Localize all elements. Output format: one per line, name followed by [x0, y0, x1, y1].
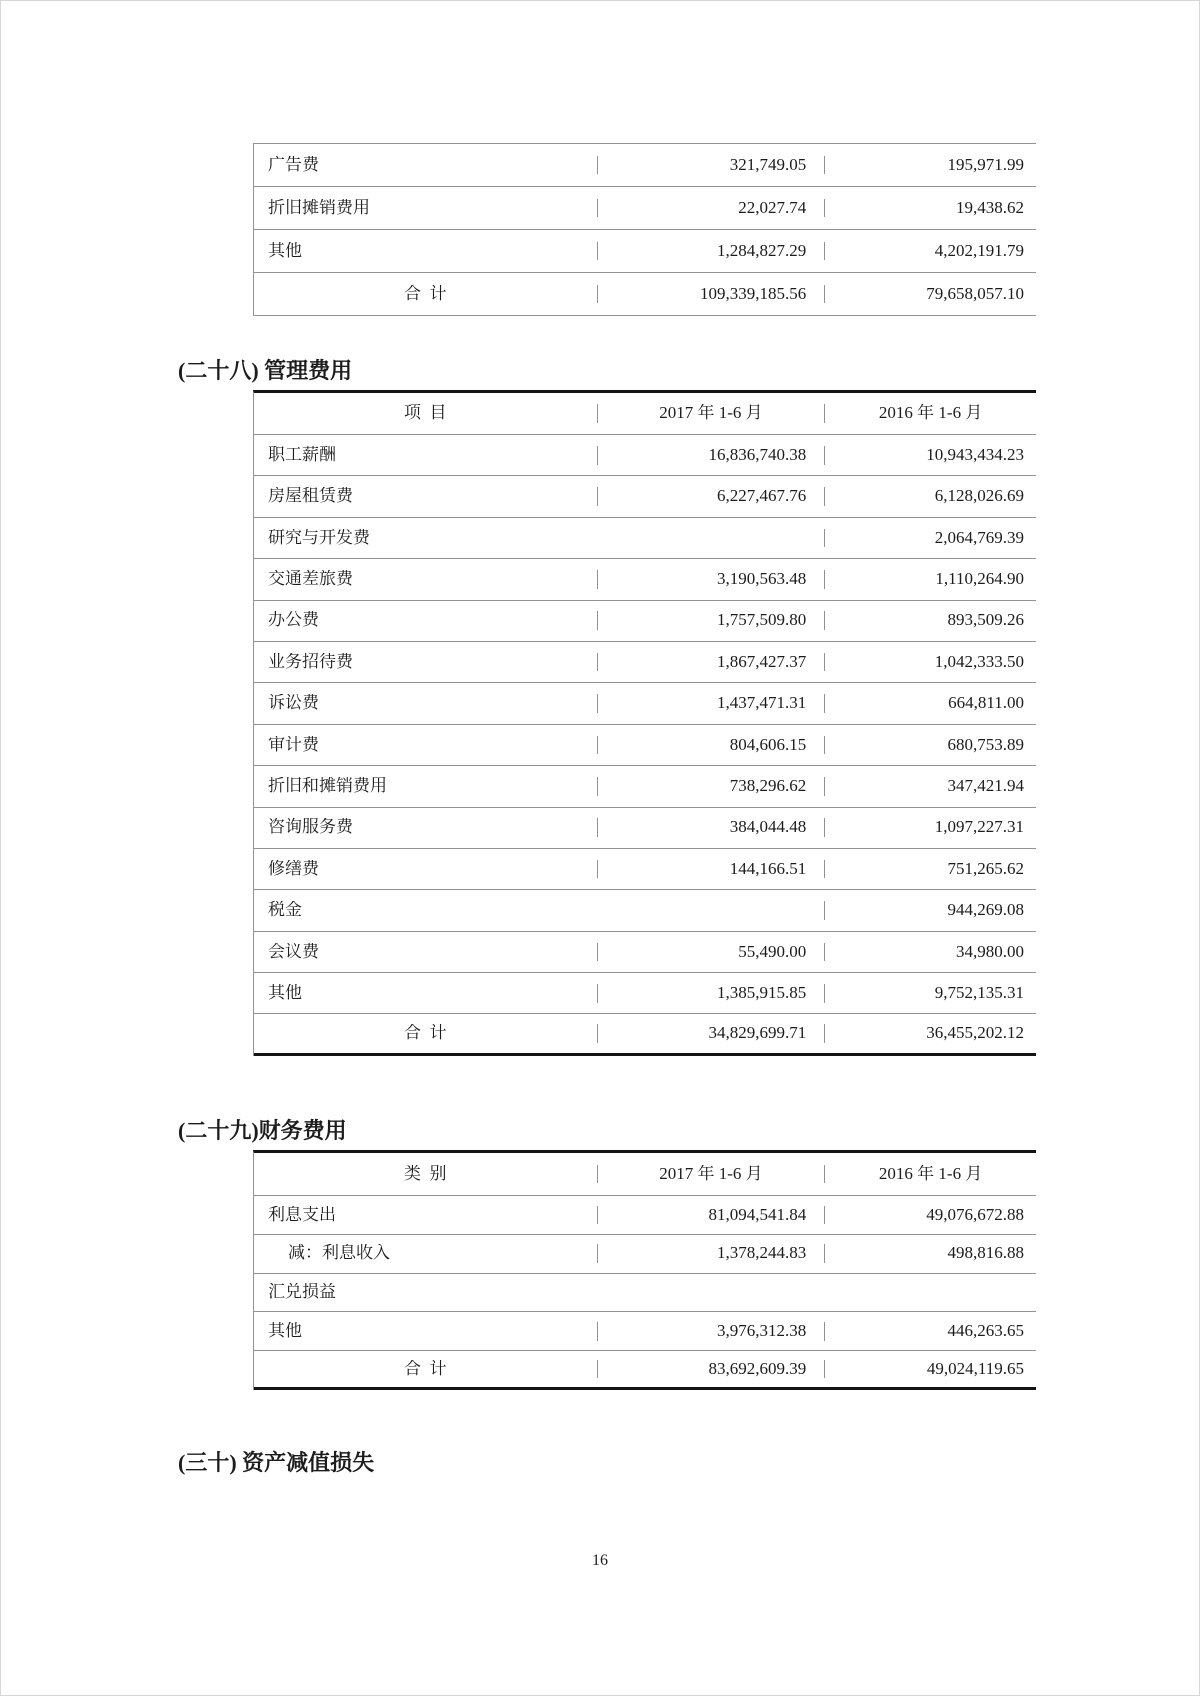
- row-label: 诉讼费: [254, 694, 597, 713]
- table-row: 折旧和摊销费用738,296.62347,421.94: [254, 766, 1036, 807]
- page-number: 16: [0, 1552, 1200, 1570]
- table-row: 折旧摊销费用22,027.7419,438.62: [254, 187, 1036, 230]
- row-label: 业务招待费: [254, 653, 597, 672]
- value-2017: 3,976,312.38: [597, 1322, 825, 1341]
- table-row: 其他1,284,827.294,202,191.79: [254, 230, 1036, 273]
- table-row: 减：利息收入1,378,244.83498,816.88: [254, 1235, 1036, 1274]
- row-label: 合 计: [254, 1360, 597, 1379]
- value-2017: 738,296.62: [597, 777, 825, 796]
- table-row: 职工薪酬16,836,740.3810,943,434.23: [254, 435, 1036, 476]
- table-row: 研究与开发费2,064,769.39: [254, 518, 1036, 559]
- value-2016: 1,097,227.31: [824, 818, 1036, 837]
- value-2016: 34,980.00: [824, 943, 1036, 962]
- value-2017: 1,757,509.80: [597, 611, 825, 630]
- value-2017: 1,867,427.37: [597, 653, 825, 672]
- row-label: 咨询服务费: [254, 818, 597, 837]
- finance-expense-table: 类 别2017 年 1-6 月2016 年 1-6 月利息支出81,094,54…: [253, 1150, 1036, 1390]
- table-row: 广告费321,749.05195,971.99: [254, 144, 1036, 187]
- value-2017: 804,606.15: [597, 736, 825, 755]
- value-2016: 893,509.26: [824, 611, 1036, 630]
- value-2017: 81,094,541.84: [597, 1206, 825, 1225]
- value-2016: 9,752,135.31: [824, 984, 1036, 1003]
- value-2017: 1,437,471.31: [597, 694, 825, 713]
- section-heading-30: (三十) 资产减值损失: [178, 1448, 374, 1478]
- value-2017: 144,166.51: [597, 860, 825, 879]
- row-label: 利息支出: [254, 1206, 597, 1225]
- row-label: 会议费: [254, 943, 597, 962]
- table-row: 交通差旅费3,190,563.481,110,264.90: [254, 559, 1036, 600]
- table-header-row: 类 别2017 年 1-6 月2016 年 1-6 月: [254, 1153, 1036, 1196]
- value-2016: 19,438.62: [824, 199, 1036, 218]
- row-label: 房屋租赁费: [254, 487, 597, 506]
- value-2017: 34,829,699.71: [597, 1024, 825, 1043]
- table-row: 修缮费144,166.51751,265.62: [254, 849, 1036, 890]
- document-page: 广告费321,749.05195,971.99折旧摊销费用22,027.7419…: [0, 0, 1200, 1696]
- table-row: 税金944,269.08: [254, 890, 1036, 931]
- total-row: 合 计109,339,185.5679,658,057.10: [254, 273, 1036, 316]
- value-2017: 1,378,244.83: [597, 1244, 825, 1263]
- table-row: 汇兑损益: [254, 1274, 1036, 1313]
- total-row: 合 计34,829,699.7136,455,202.12: [254, 1014, 1036, 1055]
- value-2016: 4,202,191.79: [824, 242, 1036, 261]
- row-label: 折旧和摊销费用: [254, 777, 597, 796]
- value-2016: 664,811.00: [824, 694, 1036, 713]
- total-row: 合 计83,692,609.3949,024,119.65: [254, 1351, 1036, 1390]
- value-2016: 79,658,057.10: [824, 285, 1036, 304]
- row-label: 合 计: [254, 1024, 597, 1043]
- value-2017: 55,490.00: [597, 943, 825, 962]
- row-label: 职工薪酬: [254, 446, 597, 465]
- value-2017: 109,339,185.56: [597, 285, 825, 304]
- value-2017: 6,227,467.76: [597, 487, 825, 506]
- row-label: 折旧摊销费用: [254, 199, 597, 218]
- table-row: 会议费55,490.0034,980.00: [254, 932, 1036, 973]
- row-label: 审计费: [254, 736, 597, 755]
- admin-expense-table: 项 目2017 年 1-6 月2016 年 1-6 月职工薪酬16,836,74…: [253, 390, 1036, 1056]
- period-2017-column-header: 2017 年 1-6 月: [597, 1165, 825, 1184]
- value-2017: 22,027.74: [597, 199, 825, 218]
- period-2016-column-header: 2016 年 1-6 月: [824, 404, 1036, 423]
- section-heading-28: (二十八) 管理费用: [178, 356, 352, 386]
- row-label: 研究与开发费: [254, 529, 597, 548]
- value-2017: 1,284,827.29: [597, 242, 825, 261]
- row-label: 修缮费: [254, 860, 597, 879]
- value-2016: 49,076,672.88: [824, 1206, 1036, 1225]
- row-label: 汇兑损益: [254, 1283, 597, 1302]
- table-row: 其他3,976,312.38446,263.65: [254, 1312, 1036, 1351]
- value-2016: 751,265.62: [824, 860, 1036, 879]
- value-2016: 49,024,119.65: [824, 1360, 1036, 1379]
- value-2016: 6,128,026.69: [824, 487, 1036, 506]
- value-2017: 3,190,563.48: [597, 570, 825, 589]
- table-row: 审计费804,606.15680,753.89: [254, 725, 1036, 766]
- row-label: 其他: [254, 1322, 597, 1341]
- value-2017: 384,044.48: [597, 818, 825, 837]
- row-label: 合 计: [254, 285, 597, 304]
- period-2016-column-header: 2016 年 1-6 月: [824, 1165, 1036, 1184]
- value-2016: 195,971.99: [824, 156, 1036, 175]
- value-2017: 1,385,915.85: [597, 984, 825, 1003]
- row-label: 办公费: [254, 611, 597, 630]
- table-row: 其他1,385,915.859,752,135.31: [254, 973, 1036, 1014]
- value-2016: 446,263.65: [824, 1322, 1036, 1341]
- table-row: 业务招待费1,867,427.371,042,333.50: [254, 642, 1036, 683]
- table-row: 诉讼费1,437,471.31664,811.00: [254, 683, 1036, 724]
- row-label: 广告费: [254, 156, 597, 175]
- row-label: 其他: [254, 984, 597, 1003]
- table-row: 利息支出81,094,541.8449,076,672.88: [254, 1196, 1036, 1235]
- selling-expense-table-continued: 广告费321,749.05195,971.99折旧摊销费用22,027.7419…: [253, 143, 1036, 316]
- value-2017: 321,749.05: [597, 156, 825, 175]
- section-heading-29: (二十九)财务费用: [178, 1116, 347, 1146]
- value-2016: 347,421.94: [824, 777, 1036, 796]
- value-2016: 944,269.08: [824, 901, 1036, 920]
- value-2017: 83,692,609.39: [597, 1360, 825, 1379]
- value-2016: 1,042,333.50: [824, 653, 1036, 672]
- value-2017: 16,836,740.38: [597, 446, 825, 465]
- value-2016: 10,943,434.23: [824, 446, 1036, 465]
- value-2016: 2,064,769.39: [824, 529, 1036, 548]
- table-header-row: 项 目2017 年 1-6 月2016 年 1-6 月: [254, 393, 1036, 435]
- value-2016: 680,753.89: [824, 736, 1036, 755]
- table-row: 房屋租赁费6,227,467.766,128,026.69: [254, 476, 1036, 517]
- row-label: 税金: [254, 901, 597, 920]
- item-column-header: 项 目: [254, 404, 597, 423]
- table-row: 办公费1,757,509.80893,509.26: [254, 601, 1036, 642]
- row-label: 减：利息收入: [254, 1244, 597, 1263]
- item-column-header: 类 别: [254, 1165, 597, 1184]
- value-2016: 36,455,202.12: [824, 1024, 1036, 1043]
- row-label: 交通差旅费: [254, 570, 597, 589]
- value-2016: 498,816.88: [824, 1244, 1036, 1263]
- value-2016: 1,110,264.90: [824, 570, 1036, 589]
- period-2017-column-header: 2017 年 1-6 月: [597, 404, 825, 423]
- row-label: 其他: [254, 242, 597, 261]
- table-row: 咨询服务费384,044.481,097,227.31: [254, 808, 1036, 849]
